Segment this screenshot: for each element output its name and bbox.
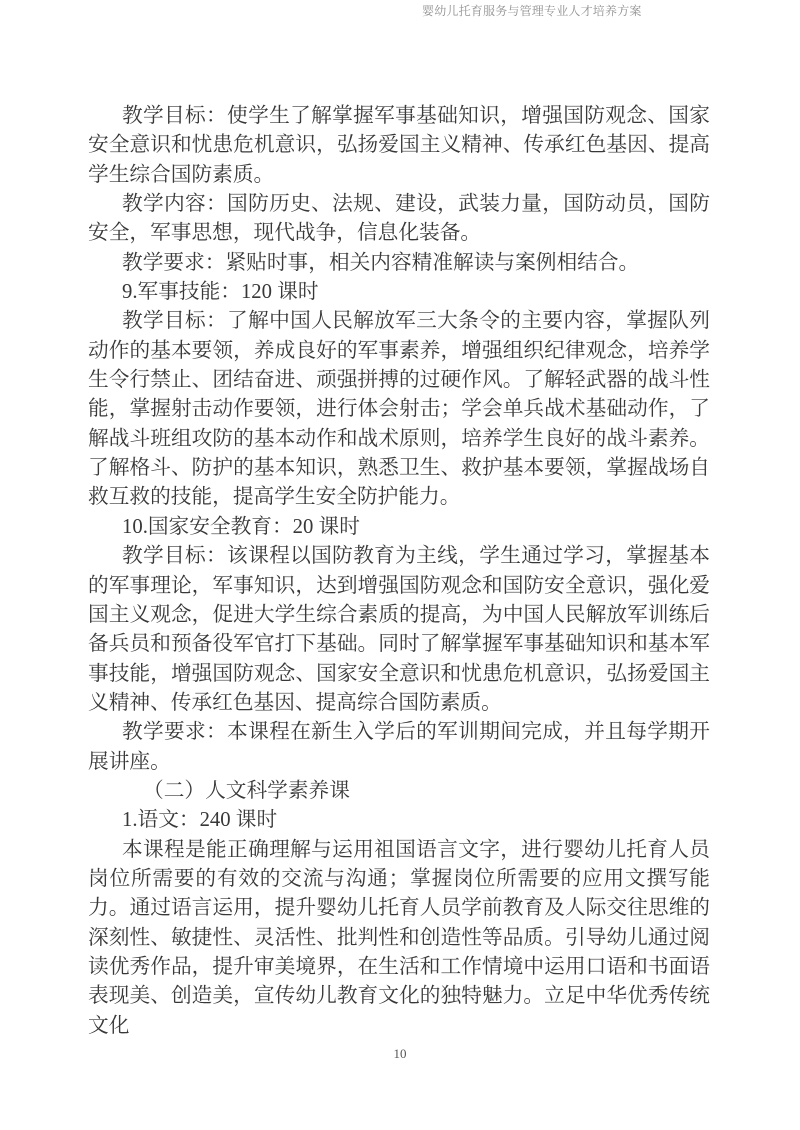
paragraph: 教学目标：使学生了解掌握军事基础知识，增强国防观念、国家安全意识和忧患危机意识，… [88,102,710,190]
paragraph: 10.国家安全教育：20 课时 [88,513,710,542]
paragraph: 教学目标：该课程以国防教育为主线，学生通过学习，掌握基本的军事理论，军事知识，达… [88,542,710,718]
page-number: 10 [0,1046,800,1062]
paragraph: 教学要求：本课程在新生入学后的军训期间完成，并且每学期开展讲座。 [88,718,710,777]
document-page: 婴幼儿托育服务与管理专业人才培养方案 教学目标：使学生了解掌握军事基础知识，增强… [0,0,800,1130]
paragraph: 9.军事技能：120 课时 [88,278,710,307]
paragraph: 教学目标：了解中国人民解放军三大条令的主要内容，掌握队列动作的基本要领，养成良好… [88,307,710,512]
paragraph: 教学要求：紧贴时事，相关内容精准解读与案例相结合。 [88,249,710,278]
paragraph: 本课程是能正确理解与运用祖国语言文字，进行婴幼儿托育人员岗位所需要的有效的交流与… [88,836,710,1041]
paragraph: 1.语文：240 课时 [88,806,710,835]
section-heading: （二）人文科学素养课 [88,777,710,806]
document-body: 教学目标：使学生了解掌握军事基础知识，增强国防观念、国家安全意识和忧患危机意识，… [88,102,710,1041]
page-header-title: 婴幼儿托育服务与管理专业人才培养方案 [422,2,642,19]
paragraph: 教学内容：国防历史、法规、建设，武装力量，国防动员，国防安全，军事思想，现代战争… [88,190,710,249]
